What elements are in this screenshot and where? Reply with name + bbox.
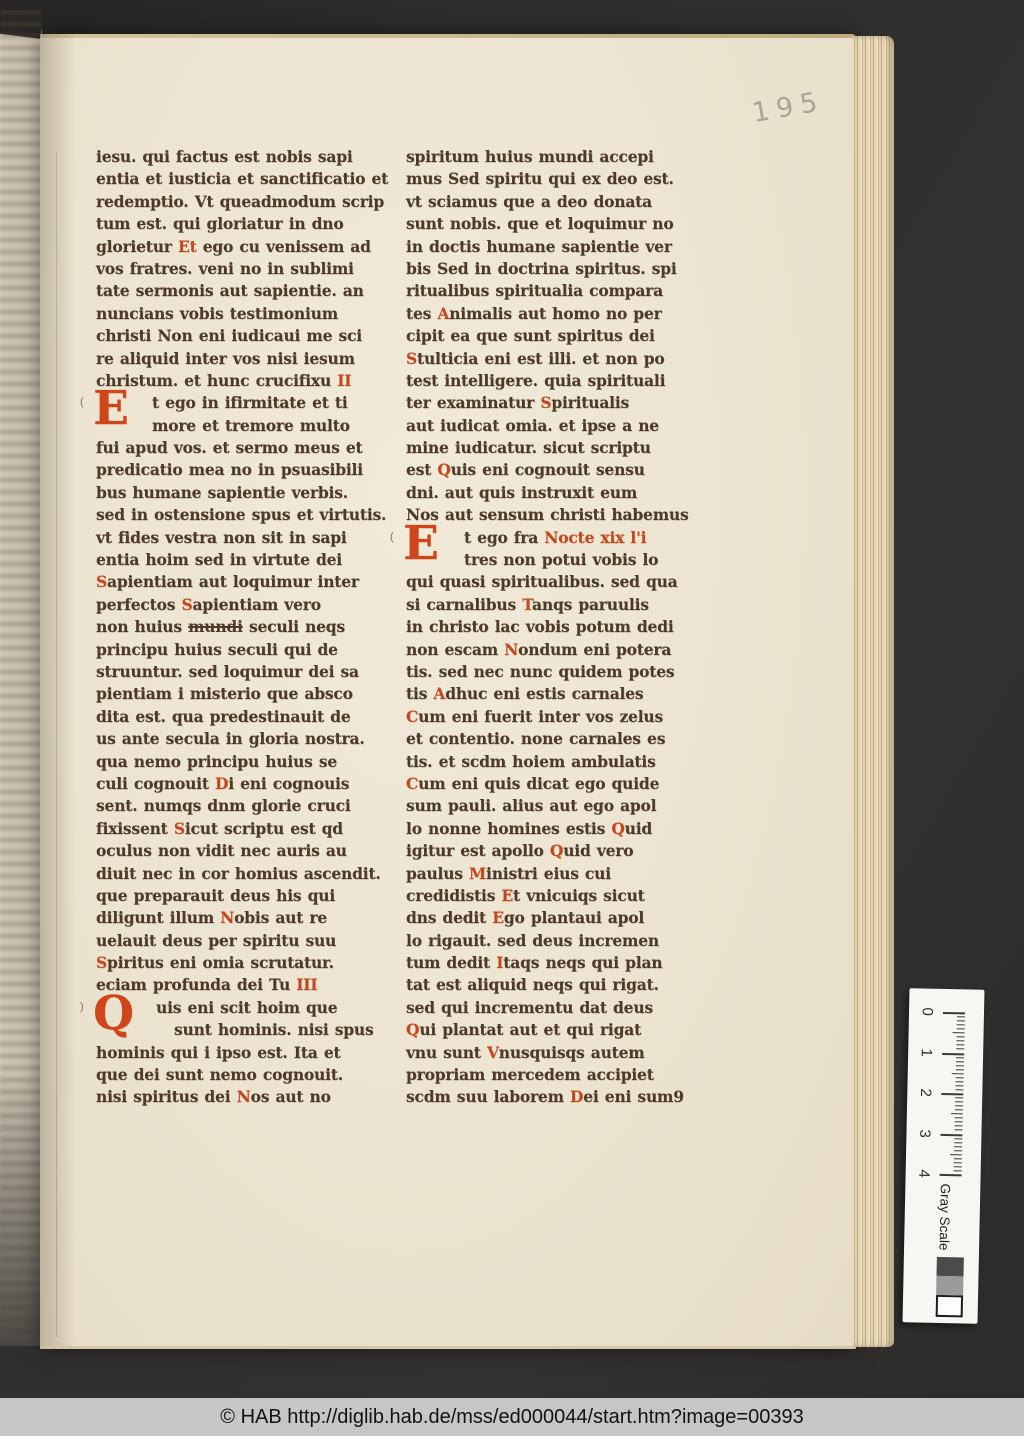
gray-swatch: [936, 1257, 963, 1277]
manuscript-text-line: diligunt illum Nobis aut re: [96, 907, 412, 929]
manuscript-text-line: non escam Nondum eni potera: [406, 639, 746, 661]
manuscript-text-line: credidistis Et vnicuiqs sicut: [406, 885, 746, 907]
ruler-tick: [940, 1174, 962, 1176]
ruler-tick: [956, 1049, 964, 1050]
manuscript-text-line: tes Animalis aut homo no per: [406, 303, 746, 325]
manuscript-text-line: que preparauit deus his qui: [96, 885, 412, 907]
manuscript-text-line: tat est aliquid neqs qui rigat.: [406, 974, 746, 996]
manuscript-text-line: hominis qui i ipso est. Ita et: [96, 1042, 412, 1064]
manuscript-text-line: tum est. qui gloriatur in dno: [96, 213, 412, 235]
ruler-tick: [955, 1101, 963, 1102]
ruler-tick: [956, 1069, 964, 1070]
manuscript-text-line: mine iudicatur. sicut scriptu: [406, 437, 746, 459]
manuscript-text-line: propriam mercedem accipiet: [406, 1064, 746, 1086]
manuscript-text-line: entia hoim sed in virtute dei: [96, 549, 412, 571]
manuscript-text-line: Sapientiam aut loquimur inter: [96, 571, 412, 593]
manuscript-text-line: lo nonne homines estis Quid: [406, 818, 746, 840]
manuscript-text-line: mus Sed spiritu qui ex deo est.: [406, 168, 746, 190]
gray-scale-card: 01234 Gray Scale: [903, 988, 985, 1323]
manuscript-text-line: diuit nec in cor homius ascendit.: [96, 863, 412, 885]
ruler-tick: [952, 1073, 964, 1074]
manuscript-text-line: test intelligere. quia spirituali: [406, 370, 746, 392]
ruler-tick: [955, 1089, 963, 1090]
ruler-tick: [954, 1166, 962, 1167]
digitized-manuscript-scan: iesu. qui factus est nobis sapientia et …: [0, 0, 1024, 1436]
ruler-number: 4: [915, 1169, 932, 1178]
ruler-tick: [956, 1077, 964, 1078]
swatch-stack: [936, 1257, 964, 1318]
gutter-fold-line: [56, 152, 57, 1337]
manuscript-text-line: Stulticia eni est illi. et non po: [406, 348, 746, 370]
manuscript-text-line: dns dedit Ego plantaui apol: [406, 907, 746, 929]
manuscript-text-line: sunt nobis. que et loquimur no: [406, 213, 746, 235]
manuscript-text-line: entia et iusticia et sanctificatio et: [96, 168, 412, 190]
ruler-tick: [954, 1146, 962, 1147]
ruler-tick: [956, 1041, 964, 1042]
manuscript-text-line: re aliquid inter vos nisi iesum: [96, 348, 412, 370]
ruler-tick: [954, 1142, 962, 1143]
ruler-tick: [956, 1061, 964, 1062]
manuscript-text-line: tis Adhuc eni estis carnales: [406, 683, 746, 705]
ruler-tick: [942, 1052, 964, 1054]
ruler-tick: [941, 1093, 963, 1095]
text-column-left: iesu. qui factus est nobis sapientia et …: [96, 146, 412, 1109]
manuscript-text-line: fui apud vos. et sermo meus et: [96, 437, 412, 459]
manuscript-text-line: vos fratres. veni no in sublimi: [96, 258, 412, 280]
manuscript-text-line: Qui plantat aut et qui rigat: [406, 1019, 746, 1041]
gray-swatch: [936, 1295, 963, 1318]
manuscript-text-line: est Quis eni cognouit sensu: [406, 459, 746, 481]
ruler-tick: [957, 1016, 965, 1017]
ruler-tick: [956, 1065, 964, 1066]
manuscript-text-line: eciam profunda dei Tu III: [96, 974, 412, 996]
manuscript-text-line: bis Sed in doctrina spiritus. spi: [406, 258, 746, 280]
manuscript-text-line: spiritum huius mundi accepi: [406, 146, 746, 168]
manuscript-text-line: scdm suu laborem Dei eni sum9: [406, 1086, 746, 1108]
manuscript-text-line: non huius mundi seculi neqs: [96, 616, 412, 638]
manuscript-text-line: Cum eni quis dicat ego quide: [406, 773, 746, 795]
gray-swatch: [936, 1276, 963, 1296]
manuscript-text-line: uis eni scit hoim que: [96, 997, 412, 1019]
manuscript-text-line: t ego fra Nocte xix l'i: [406, 527, 746, 549]
ruler-tick: [954, 1158, 962, 1159]
manuscript-text-line: perfectos Sapientiam vero: [96, 594, 412, 616]
ruler-tick: [940, 1133, 962, 1135]
ruler-tick: [956, 1081, 964, 1082]
manuscript-text-line: tis. sed nec nunc quidem potes: [406, 661, 746, 683]
manuscript-text-line: aut iudicat omia. et ipse a ne: [406, 415, 746, 437]
manuscript-text-line: dita est. qua predestinauit de: [96, 706, 412, 728]
manuscript-text-line: et contentio. none carnales es: [406, 728, 746, 750]
manuscript-text-line: sent. numqs dnm glorie cruci: [96, 795, 412, 817]
ruler-tick: [955, 1130, 963, 1131]
manuscript-text-line: Nos aut sensum christi habemus: [406, 504, 746, 526]
ruler-tick: [951, 1113, 963, 1114]
ruler-tick: [957, 1024, 965, 1025]
attribution-text: © HAB http://diglib.hab.de/mss/ed000044/…: [220, 1406, 803, 1429]
manuscript-text-line: cipit ea que sunt spiritus dei: [406, 325, 746, 347]
ruler-tick: [954, 1138, 962, 1139]
manuscript-text-line: fixissent Sicut scriptu est qd: [96, 818, 412, 840]
manuscript-text-line: t ego in ifirmitate et ti: [96, 392, 412, 414]
manuscript-text-line: christum. et hunc crucifixu II: [96, 370, 412, 392]
ruler-tick: [957, 1020, 965, 1021]
manuscript-text-line: vt sciamus que a deo donata: [406, 191, 746, 213]
ruler-tick: [955, 1109, 963, 1110]
manuscript-text-line: uelauit deus per spiritu suu: [96, 930, 412, 952]
manuscript-text-line: principu huius seculi qui de: [96, 639, 412, 661]
rubricator-guide-mark: (: [390, 531, 394, 543]
manuscript-text-line: sunt hominis. nisi spus: [96, 1019, 412, 1041]
manuscript-text-line: in doctis humane sapientie ver: [406, 236, 746, 258]
manuscript-text-line: vt fides vestra non sit in sapi: [96, 527, 412, 549]
ruler-tick: [955, 1118, 963, 1119]
rubricator-guide-mark: ): [80, 1001, 84, 1013]
ruler-tick: [954, 1162, 962, 1163]
manuscript-text-line: Cum eni fuerit inter vos zelus: [406, 706, 746, 728]
manuscript-text-line: sed qui incrementu dat deus: [406, 997, 746, 1019]
manuscript-text-line: tum dedit Itaqs neqs qui plan: [406, 952, 746, 974]
illuminated-initial: E: [403, 523, 439, 565]
fore-edge-pages: [852, 36, 894, 1347]
ruler-tick: [953, 1032, 965, 1033]
facing-page-edge: [0, 10, 42, 1346]
facing-page-blurred-text: [0, 10, 42, 1346]
manuscript-text-line: Spiritus eni omia scrutatur.: [96, 952, 412, 974]
manuscript-text-line: ter examinatur Spiritualis: [406, 392, 746, 414]
manuscript-text-line: dni. aut quis instruxit eum: [406, 482, 746, 504]
rubricator-guide-mark: (: [80, 396, 84, 408]
manuscript-text-line: glorietur Et ego cu venissem ad: [96, 236, 412, 258]
ruler-tick: [955, 1122, 963, 1123]
ruler-tick: [956, 1045, 964, 1046]
gray-scale-label: Gray Scale: [937, 1183, 953, 1250]
manuscript-text-line: vnu sunt Vnusquisqs autem: [406, 1042, 746, 1064]
manuscript-text-line: pientiam i misterio que absco: [96, 683, 412, 705]
ruler-tick: [954, 1170, 962, 1171]
manuscript-text-line: culi cognouit Di eni cognouis: [96, 773, 412, 795]
manuscript-text-line: paulus Ministri eius cui: [406, 863, 746, 885]
ruler-number: 1: [918, 1048, 935, 1057]
manuscript-text-line: tate sermonis aut sapientie. an: [96, 280, 412, 302]
manuscript-text-line: predicatio mea no in psuasibili: [96, 459, 412, 481]
ruler-tick: [955, 1097, 963, 1098]
manuscript-text-line: more et tremore multo: [96, 415, 412, 437]
manuscript-text-line: us ante secula in gloria nostra.: [96, 728, 412, 750]
attribution-bar: © HAB http://diglib.hab.de/mss/ed000044/…: [0, 1398, 1024, 1436]
ruler-tick: [955, 1105, 963, 1106]
ruler-tick: [956, 1057, 964, 1058]
manuscript-text-line: nisi spiritus dei Nos aut no: [96, 1086, 412, 1108]
ruler-number: 2: [917, 1088, 934, 1097]
ruler-tick: [954, 1150, 962, 1151]
manuscript-text-line: ritualibus spiritualia compara: [406, 280, 746, 302]
manuscript-text-line: si carnalibus Tanqs paruulis: [406, 594, 746, 616]
manuscript-text-line: sed in ostensione spus et virtutis.: [96, 504, 412, 526]
manuscript-text-line: oculus non vidit nec auris au: [96, 840, 412, 862]
ruler-tick: [957, 1028, 965, 1029]
manuscript-text-line: iesu. qui factus est nobis sapi: [96, 146, 412, 168]
manuscript-text-line: tis. et scdm hoiem ambulatis: [406, 751, 746, 773]
manuscript-text-line: nuncians vobis testimonium: [96, 303, 412, 325]
manuscript-text-line: bus humane sapientie verbis.: [96, 482, 412, 504]
ruler-number: 0: [919, 1007, 936, 1016]
text-column-right: spiritum huius mundi accepimus Sed spiri…: [406, 146, 746, 1109]
manuscript-text-line: que dei sunt nemo cognouit.: [96, 1064, 412, 1086]
manuscript-page: iesu. qui factus est nobis sapientia et …: [40, 34, 856, 1349]
illuminated-initial: E: [93, 388, 129, 430]
ruler-tick: [955, 1085, 963, 1086]
manuscript-text-line: christi Non eni iudicaui me sci: [96, 325, 412, 347]
ruler-tick: [950, 1154, 962, 1155]
pencil-folio-number: 195: [750, 86, 827, 129]
manuscript-text-line: tres non potui vobis lo: [406, 549, 746, 571]
manuscript-text-line: redemptio. Vt queadmodum scrip: [96, 191, 412, 213]
illuminated-initial: Q: [93, 993, 134, 1035]
manuscript-text-line: struuntur. sed loquimur dei sa: [96, 661, 412, 683]
manuscript-text-line: in christo lac vobis potum dedi: [406, 616, 746, 638]
manuscript-text-line: qua nemo principu huius se: [96, 751, 412, 773]
ruler-number: 3: [916, 1129, 933, 1138]
ruler-tick: [956, 1037, 964, 1038]
manuscript-text-line: lo rigauit. sed deus incremen: [406, 930, 746, 952]
ruler-tick: [943, 1012, 965, 1014]
manuscript-text-line: igitur est apollo Quid vero: [406, 840, 746, 862]
manuscript-text-line: sum pauli. alius aut ego apol: [406, 795, 746, 817]
manuscript-text-line: qui quasi spiritualibus. sed qua: [406, 571, 746, 593]
gutter-shadow: [40, 34, 76, 1349]
ruler-tick: [955, 1126, 963, 1127]
